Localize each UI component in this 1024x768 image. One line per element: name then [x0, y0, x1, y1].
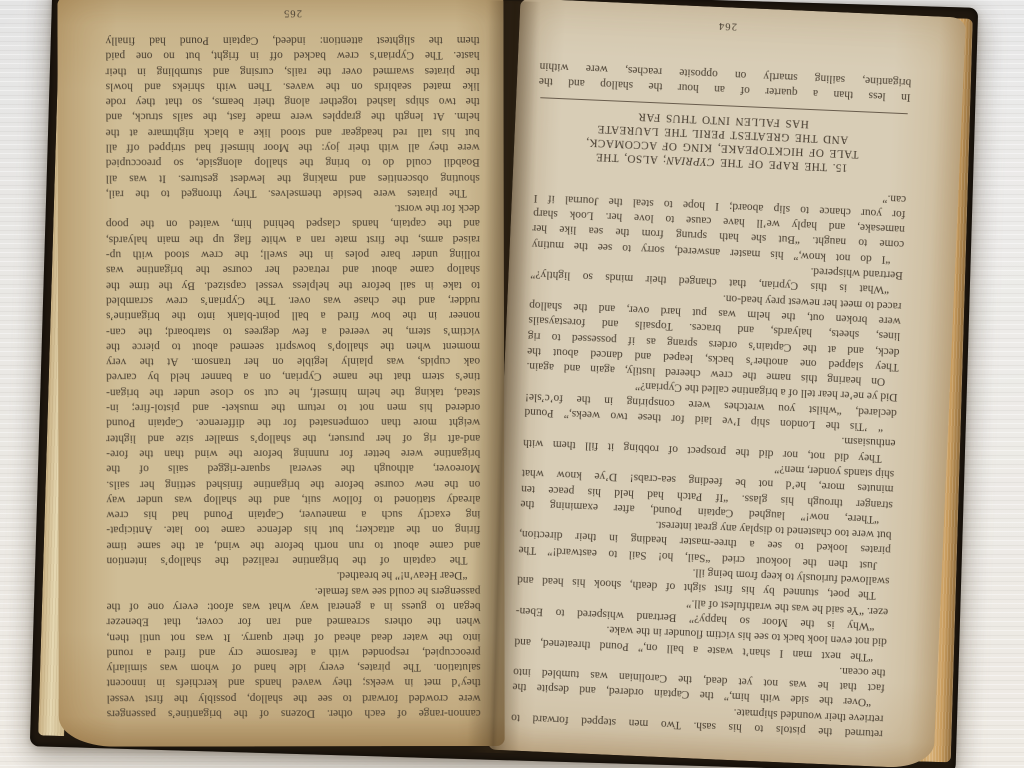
text-line: brigantine were better for running befor…	[106, 445, 480, 461]
text-line: ordered his men not to return the musket…	[106, 399, 480, 415]
text-line: like mated seabirds on the waves. Then w…	[106, 78, 480, 94]
text-line: weight more than compensated for the dif…	[106, 414, 480, 430]
text-line: victim’s stern, he veered a few degrees …	[106, 322, 480, 338]
text-line: cannon-range of each other. Dozens of th…	[107, 705, 481, 721]
text-line: were they all with their joy: the Moor h…	[106, 139, 480, 155]
text-line: raised arms, the first mate ran a white …	[106, 231, 480, 247]
text-line: and-aft rig of her pursuer, the shallop’…	[106, 429, 480, 445]
book-rotated: returned the pistols to his sash. Two me…	[47, 0, 961, 766]
text-line: the pirates swarmed over the rails, curs…	[106, 62, 480, 78]
text-line: into the water dead ahead of their quarr…	[107, 628, 481, 644]
text-line: shallop came about and retraced her cour…	[106, 261, 480, 277]
text-line: “Dear Heav’n!” he breathed.	[106, 567, 480, 583]
text-line: preoccupied, responded with a fearsome c…	[107, 644, 481, 660]
text-line: but his tall red headgear and stood like…	[106, 123, 480, 139]
text-line: and came about to run north before the w…	[106, 536, 480, 552]
text-line: ing exactly such a maneuver, Captain Pou…	[106, 506, 480, 522]
page-265-content: cannon-range of each other. Dozens of th…	[105, 0, 480, 721]
text-line: helm. At length the grapples were made f…	[106, 108, 480, 124]
text-line: Boabdil could do to bring the shallop al…	[106, 154, 480, 170]
text-line: rudder, and the chase was over. The Cypr…	[106, 292, 480, 308]
text-line: haste. The Cyprian’s crew backed off in …	[106, 47, 480, 63]
text-line: stead, taking the helm himself, he cut s…	[106, 384, 480, 400]
text-line: firing on the attacker; but his defence …	[106, 521, 480, 537]
text-line: they’d met in weeks; they waved hands an…	[107, 674, 481, 690]
text-line: moment when the shallop’s bowsprit seeme…	[106, 338, 480, 354]
text-line: Moreover, although the several square-ri…	[106, 460, 480, 476]
text-line: noneer in the bow fired a ball point-bla…	[106, 307, 480, 323]
text-line: shouting obscenities and making the lewd…	[106, 169, 480, 185]
text-line: on the new course before the brigantine …	[106, 475, 480, 491]
text-line: were crowded forward to see the shallop,…	[107, 689, 481, 705]
text-line: and the captain, hands clasped behind hi…	[106, 215, 480, 231]
text-line: The pirates were beside themselves. They…	[106, 185, 480, 201]
text-line: deck for the worst.	[106, 200, 480, 216]
page-number-264: 264	[541, 12, 913, 39]
chapter-heading: 15. THE RAPE OF THE CYPRIAN; ALSO, THETA…	[539, 106, 905, 178]
text-line: to take in sail before the helpless vess…	[106, 276, 480, 292]
open-book: returned the pistols to his sash. Two me…	[58, 1, 950, 753]
page-spread: returned the pistols to his sash. Two me…	[47, 0, 961, 766]
text-line: already stationed to follow suit, and th…	[106, 491, 480, 507]
chapter14-ending-text: returned the pistols to his sash. Two me…	[511, 174, 907, 740]
text-line: oak cupids, was plainly legible on her t…	[106, 353, 480, 369]
text-line: the two ships lashed together along thei…	[106, 93, 480, 109]
text-line: salutation. The pirates, every idle hand…	[107, 659, 481, 675]
text-line: them the slightest attention: indeed, Ca…	[106, 32, 480, 48]
text-line: passengers he could see was female.	[106, 582, 480, 598]
text-line: rolling under bare poles in the swell; t…	[106, 246, 480, 262]
table-surface: returned the pistols to his sash. Two me…	[0, 0, 1024, 768]
page-264: returned the pistols to his sash. Two me…	[488, 0, 966, 768]
chapter15-continuation-text: cannon-range of each other. Dozens of th…	[106, 32, 481, 721]
page-number-265: 265	[105, 7, 479, 19]
text-line: tine’s stern that the name Cyprian, on a…	[106, 368, 480, 384]
text-line: when the others screamed and ran for cov…	[107, 613, 481, 629]
chapter15-opening-text: In less than a quarter of an hour the sh…	[539, 57, 912, 104]
text-line: The captain of the brigantine realized t…	[106, 552, 480, 568]
page-264-content: returned the pistols to his sash. Two me…	[511, 3, 914, 741]
page-265: cannon-range of each other. Dozens of th…	[57, 0, 504, 747]
text-line: began to guess in a general way what was…	[106, 598, 480, 614]
